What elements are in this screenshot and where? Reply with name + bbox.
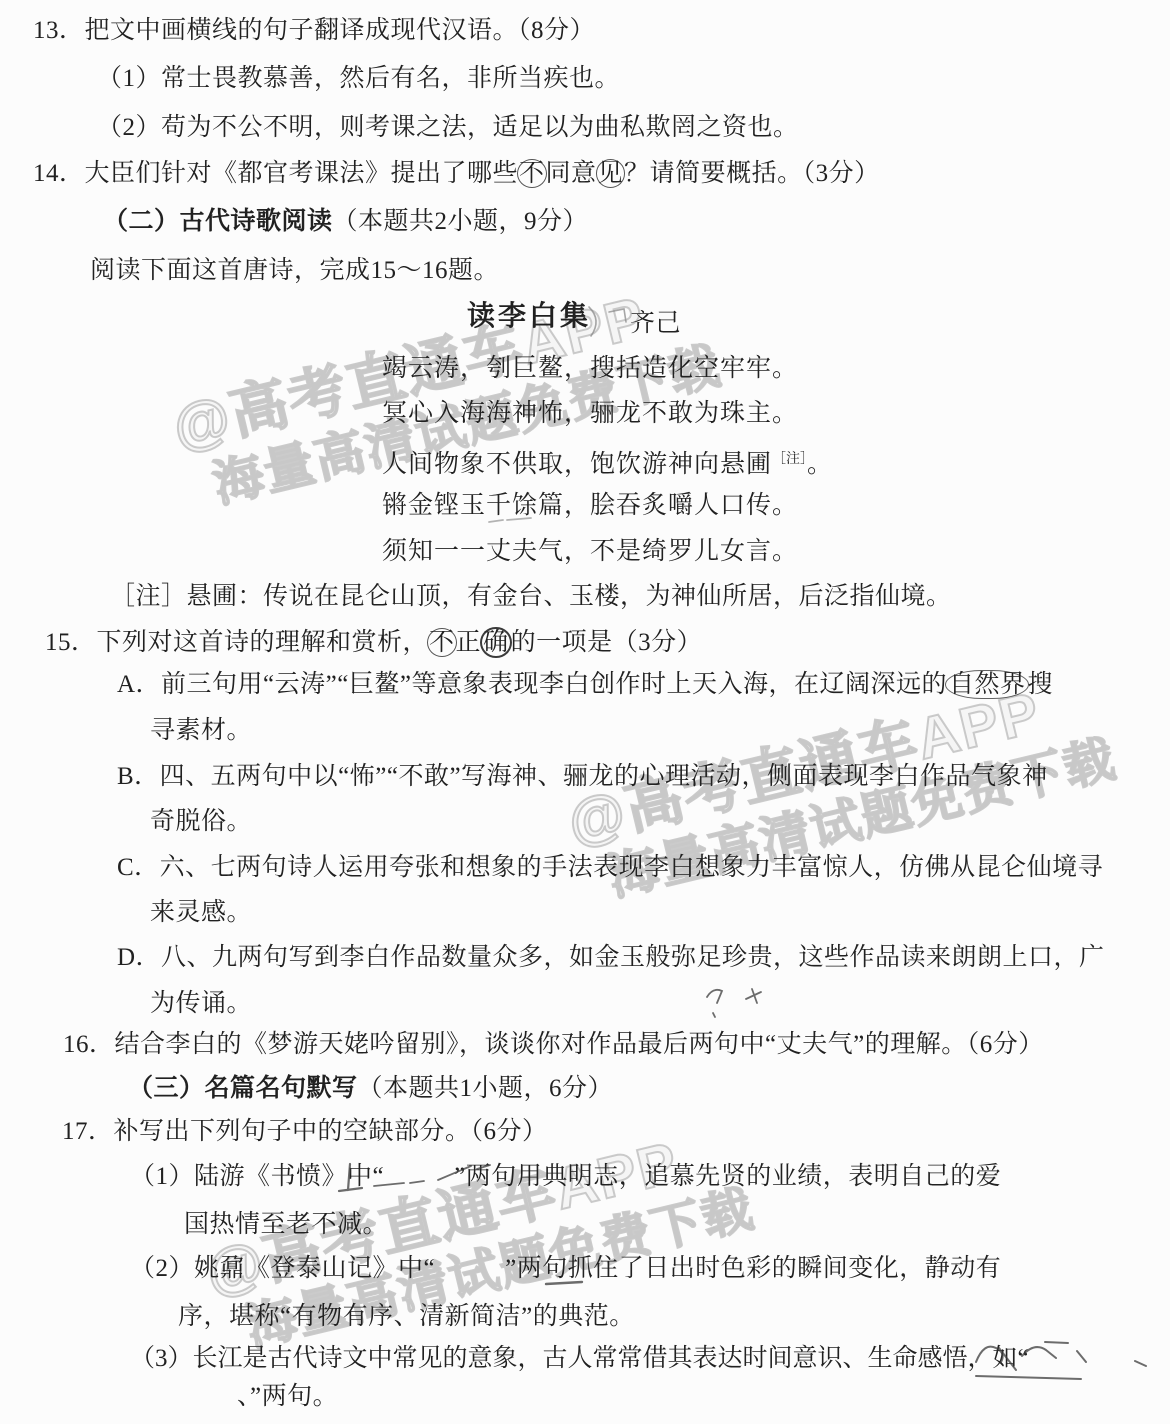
poem-note: ［注］悬圃：传说在昆仑山顶，有金台、玉楼，为神仙所居，后泛指仙境。	[110, 580, 952, 614]
poem-line-3: 人间物象不供取，饱饮游神向悬圃［注］。	[382, 443, 833, 482]
option-b-line-2: 奇脱俗。	[150, 805, 252, 839]
question-17-part-3: （3）长江是古代诗文中常见的意象，古人常常借其表达时间意识、生命感悟，如“	[130, 1342, 1029, 1376]
section-two-suffix: （本题共2小题，9分）	[333, 208, 589, 235]
poem-line-3-end: 。	[807, 451, 833, 478]
section-three-heading: （三）名篇名句默写（本题共1小题，6分）	[128, 1072, 613, 1106]
option-a-text: A．前三句用“云涛”“巨鳌”等意象表现李白创作时上天入海，在辽阔深远的	[117, 671, 947, 698]
section-three-suffix: （本题共1小题，6分）	[358, 1075, 614, 1102]
poem-note-superscript: ［注］	[772, 452, 807, 467]
option-c-line-1: C．六、七两句诗人运用夸张和想象的手法表现李白想象力丰富惊人，仿佛从昆仑仙境寻	[117, 851, 1103, 885]
poem-title: 读李白集	[467, 300, 591, 334]
option-d-line-1: D．八、九两句写到李白作品数量众多，如金玉般弥足珍贵，这些作品读来朗朗上口，广	[117, 941, 1105, 975]
question-16-stem: 16．结合李白的《梦游天姥吟留别》，谈谈你对作品最后两句中“丈夫气”的理解。（6…	[63, 1028, 1044, 1062]
circled-char: 确	[480, 627, 512, 658]
question-17-stem: 17．补写出下列句子中的空缺部分。（6分）	[62, 1115, 548, 1149]
q15-text: 正	[456, 629, 482, 656]
question-15-stem: 15．下列对这首诗的理解和赏析，不正确的一项是（3分）	[45, 626, 702, 660]
reading-intro: 阅读下面这首唐诗，完成15～16题。	[90, 254, 499, 288]
question-13-part-1: （1）常士畏教慕善，然后有名，非所当疾也。	[97, 62, 620, 96]
poem-line-3-text: 人间物象不供取，饱饮游神向悬圃	[382, 451, 772, 478]
section-two-title: （二）古代诗歌阅读	[103, 208, 333, 235]
poem-line-4: 锵金铿玉千馀篇，脍吞炙嚼人口传。	[382, 489, 798, 523]
question-17-part-2-wrap: 序，堪称“有物有序、清新简洁”的典范。	[178, 1300, 635, 1334]
poem-line-5: 须知一一丈夫气，不是绮罗儿女言。	[382, 535, 798, 569]
option-a-line-1: A．前三句用“云涛”“巨鳌”等意象表现李白创作时上天入海，在辽阔深远的自然界搜	[117, 668, 1053, 702]
q14-text: ？请简要概括。（3分）	[624, 160, 880, 187]
question-14-stem: 14．大臣们针对《都官考课法》提出了哪些不同意见？请简要概括。（3分）	[33, 157, 880, 191]
question-17-part-2: （2）姚鼐《登泰山记》中“”两句抓住了日出时色彩的瞬间变化，静动有	[130, 1252, 1001, 1286]
section-three-title: （三）名篇名句默写	[128, 1075, 358, 1102]
q17-part1-label: （1）陆游《书愤》中“	[130, 1163, 384, 1190]
question-17-part-3-wrap: 、”两句。	[237, 1380, 338, 1414]
option-d-line-2: 为传诵。	[150, 987, 252, 1021]
q15-text: 的一项是（3分）	[511, 629, 703, 656]
poem-author: 齐己	[630, 307, 681, 341]
poem-line-2: 冥心入海海神怖，骊龙不敢为珠主。	[382, 397, 798, 431]
q17-part1-after: ”两句用典明志，追慕先贤的业绩，表明自己的爱	[454, 1163, 1001, 1190]
exam-page: { "watermark": { "line1": "@高考直通车APP", "…	[0, 0, 1170, 1424]
poem-line-1: 竭云涛，刳巨鳌，搜括造化空牢牢。	[382, 352, 798, 386]
option-b-line-1: B．四、五两句中以“怖”“不敢”写海神、骊龙的心理活动，侧面表现李白作品气象神	[117, 760, 1048, 794]
question-17-part-1-wrap: 国热情至老不减。	[184, 1208, 388, 1242]
option-a-text: 搜	[1027, 671, 1053, 698]
section-two-heading: （二）古代诗歌阅读（本题共2小题，9分）	[103, 205, 588, 239]
circled-char: 不	[427, 628, 457, 657]
q17-part2-after: ”两句抓住了日出时色彩的瞬间变化，静动有	[505, 1255, 1001, 1282]
question-13-stem: 13．把文中画横线的句子翻译成现代汉语。（8分）	[33, 14, 595, 48]
q14-text: 14．大臣们针对《都官考课法》提出了哪些	[33, 160, 518, 187]
question-13-part-2: （2）苟为不公不明，则考课之法，适足以为曲私欺罔之资也。	[97, 111, 799, 145]
pencil-marks-above-q16	[707, 989, 761, 1017]
circled-phrase: 自然界	[945, 670, 1030, 699]
q15-text: 15．下列对这首诗的理解和赏析，	[45, 629, 428, 656]
q17-part2-label: （2）姚鼐《登泰山记》中“	[130, 1255, 435, 1282]
circled-char: 见	[596, 159, 626, 188]
circled-char: 不	[517, 159, 547, 188]
option-c-line-2: 来灵感。	[150, 896, 252, 930]
question-17-part-1: （1）陆游《书愤》中“”两句用典明志，追慕先贤的业绩，表明自己的爱	[130, 1160, 1001, 1194]
option-a-line-2: 寻素材。	[150, 714, 252, 748]
q14-text: 同意	[546, 160, 597, 187]
